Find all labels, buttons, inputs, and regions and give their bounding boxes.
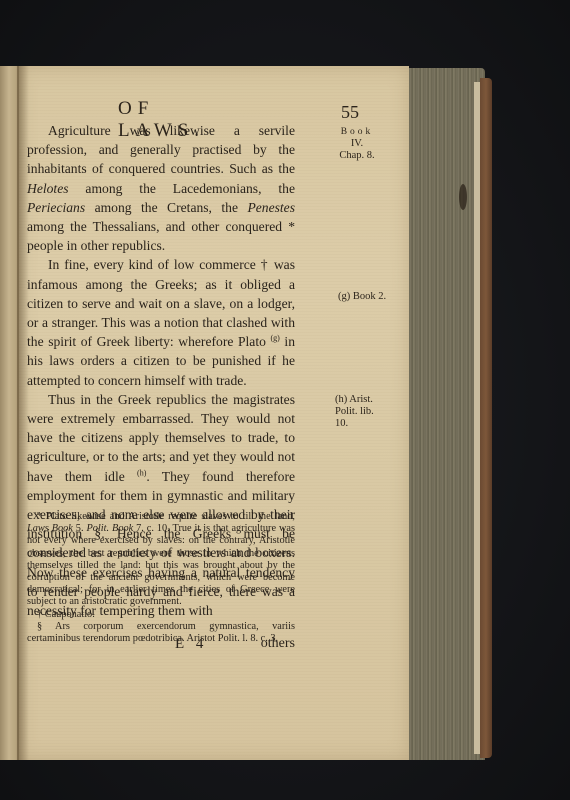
margin-arist-line-2: Polit. lib.	[335, 406, 387, 418]
citation-polit: Polit. Book	[86, 523, 133, 534]
footnote-asterisk: * Plato likewise and Aristotle require s…	[27, 511, 295, 609]
text-run: Agriculture was likewise a servile profe…	[27, 123, 295, 176]
text-run: among the Thessalians, and other conquer…	[27, 219, 288, 234]
page-number: 55	[341, 102, 359, 123]
paragraph-agriculture: Agriculture was likewise a servile profe…	[27, 121, 295, 255]
catchword: others	[261, 636, 295, 652]
margin-book-number: IV.	[327, 138, 387, 150]
text-run: among the Cretans, the	[85, 200, 247, 215]
term-periecians: Periecians	[27, 200, 85, 215]
term-helotes: Helotes	[27, 181, 69, 196]
citation-laws: Laws Book	[27, 523, 73, 534]
text-run: people in other republics.	[27, 238, 165, 253]
margin-arist-line-3: 10.	[335, 418, 387, 430]
paragraph-commerce: In fine, every kind of low commerce † wa…	[27, 255, 295, 389]
term-penestes: Penestes	[247, 200, 295, 215]
text-run: Cauponatio.	[42, 609, 95, 620]
margin-note-aristotle: (h) Arist. Polit. lib. 10.	[335, 394, 387, 430]
margin-arist-line-1: (h) Arist.	[335, 394, 387, 406]
text-run: 7. c. 10. True it is that agriculture wa…	[27, 523, 295, 607]
text-run: among the Lacedemonians, the	[69, 181, 295, 196]
fore-edge-stain	[459, 184, 467, 210]
footnote-dagger: † Cauponatio.	[27, 609, 295, 621]
text-run: Plato likewise and Aristotle require sla…	[42, 511, 295, 522]
margin-book-label: Book	[327, 126, 387, 138]
signature-mark: E 4	[175, 636, 207, 653]
margin-note-book-chapter: Book IV. Chap. 8.	[327, 126, 387, 162]
margin-note-plato: (g) Book 2.	[338, 291, 398, 303]
margin-ref-g: (g)	[271, 334, 280, 343]
margin-ref-h: (h)	[137, 468, 146, 477]
page-footer: E 4 others	[27, 636, 295, 656]
text-run: In fine, every kind of low commerce	[48, 257, 261, 272]
footnote-ref-dagger: †	[261, 257, 269, 272]
text-run: 5.	[73, 523, 87, 534]
footnote-ref-asterisk: *	[288, 219, 295, 234]
footnotes: * Plato likewise and Aristotle require s…	[27, 511, 295, 645]
leather-cover-edge	[480, 78, 492, 758]
margin-chapter: Chap. 8.	[327, 150, 387, 162]
